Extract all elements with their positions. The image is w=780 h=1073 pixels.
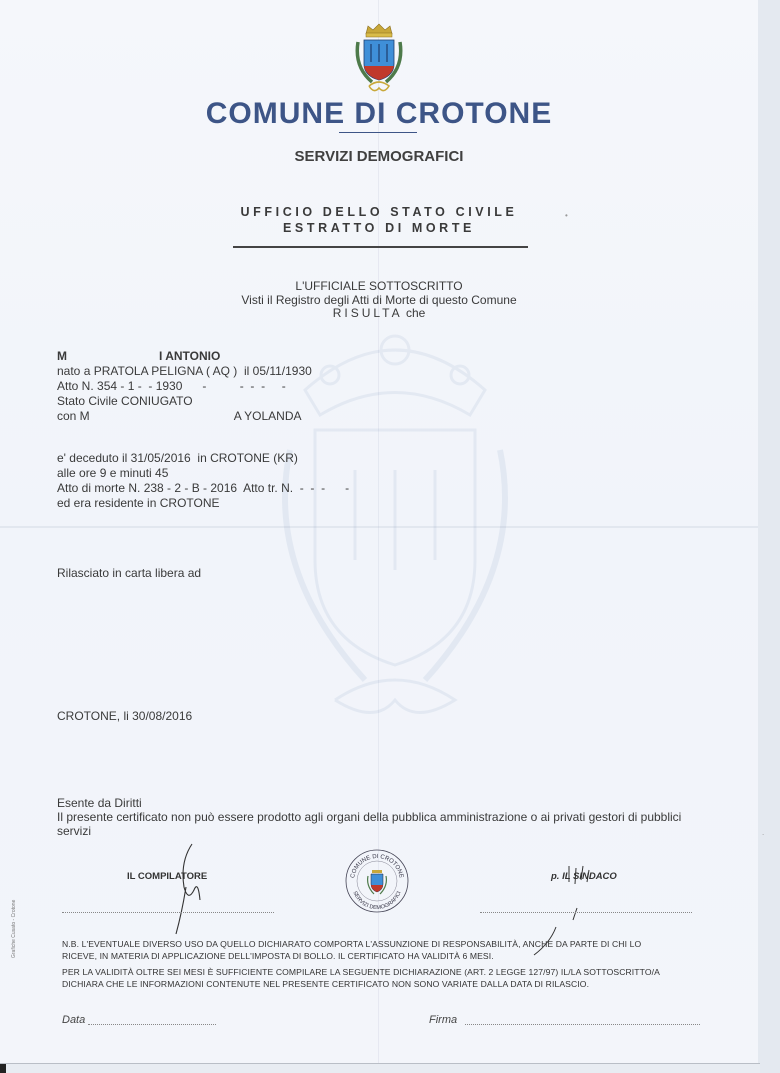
spouse-prefix: con M xyxy=(57,409,90,423)
title-underline xyxy=(339,132,417,133)
death-details: e' deceduto il 31/05/2016 in CROTONE (KR… xyxy=(57,451,349,511)
death-date-place: e' deceduto il 31/05/2016 in CROTONE (KR… xyxy=(57,451,349,466)
name-visible: I ANTONIO xyxy=(159,349,220,363)
date-label: Data xyxy=(62,1014,85,1026)
nb-signature-stroke-icon xyxy=(530,925,560,957)
register-line: Visti il Registro degli Atti di Morte di… xyxy=(0,294,758,308)
office-heading: UFFICIO DELLO STATO CIVILE ESTRATTO DI M… xyxy=(0,204,758,236)
result-suffix: che xyxy=(406,306,425,320)
scanner-edge xyxy=(758,0,780,1073)
exemption-text: Il presente certificato non può essere p… xyxy=(57,810,707,838)
issue-purpose: Rilasciato in carta libera ad xyxy=(57,566,201,581)
issue-place-date: CROTONE, li 30/08/2016 xyxy=(57,709,192,724)
official-stamp-icon: COMUNE DI CROTONE SERVIZI DEMOGRAFICI xyxy=(344,848,410,914)
intro-text: L'UFFICIALE SOTTOSCRITTO Visti il Regist… xyxy=(0,280,758,321)
mayor-signature-icon xyxy=(565,862,601,922)
date-field-line[interactable] xyxy=(88,1024,216,1025)
speck: . xyxy=(762,828,764,837)
exemption-notice: Esente da Diritti Il presente certificat… xyxy=(57,796,707,838)
office-name: UFFICIO DELLO STATO CIVILE xyxy=(0,204,758,220)
nb-line-1: N.B. L'EVENTUALE DIVERSO USO DA QUELLO D… xyxy=(62,938,712,950)
validity-line-2: DICHIARA CHE LE INFORMAZIONI CONTENUTE N… xyxy=(62,978,712,990)
residence: ed era residente in CROTONE xyxy=(57,496,349,511)
heading-divider xyxy=(233,246,528,248)
signature-label: Firma xyxy=(429,1014,457,1026)
coat-of-arms-icon xyxy=(354,22,404,98)
result-line: RISULTA che xyxy=(0,307,758,321)
department-subtitle: SERVIZI DEMOGRAFICI xyxy=(0,148,758,165)
name-initial: M xyxy=(57,349,67,363)
mayor-signature-line xyxy=(480,912,692,913)
birth-act: Atto N. 354 - 1 - - 1930 - - - - - xyxy=(57,379,312,394)
exemption-title: Esente da Diritti xyxy=(57,796,707,810)
nb-note: N.B. L'EVENTUALE DIVERSO USO DA QUELLO D… xyxy=(62,938,712,963)
birth-info: nato a PRATOLA PELIGNA ( AQ ) il 05/11/1… xyxy=(57,364,312,379)
compiler-signature-line xyxy=(62,912,274,913)
validity-line-1: PER LA VALIDITÀ OLTRE SEI MESI È SUFFICI… xyxy=(62,966,712,978)
spouse-info: con MA YOLANDA xyxy=(57,409,312,424)
result-word: RISULTA xyxy=(333,306,403,320)
officer-line: L'UFFICIALE SOTTOSCRITTO xyxy=(0,280,758,294)
svg-text:SERVIZI DEMOGRAFICI: SERVIZI DEMOGRAFICI xyxy=(351,890,402,911)
nb-line-2: RICEVE, IN MATERIA DI APPLICAZIONE DELL'… xyxy=(62,950,712,962)
person-details: MI ANTONIO nato a PRATOLA PELIGNA ( AQ )… xyxy=(57,349,312,424)
printer-credit: Grafiche Cusato - Crotone xyxy=(11,900,17,958)
document-type: ESTRATTO DI MORTE xyxy=(0,220,758,236)
signature-field-line[interactable] xyxy=(465,1024,700,1025)
death-time: alle ore 9 e minuti 45 xyxy=(57,466,349,481)
deceased-name: MI ANTONIO xyxy=(57,349,312,364)
civil-status: Stato Civile CONIUGATO xyxy=(57,394,312,409)
validity-note: PER LA VALIDITÀ OLTRE SEI MESI È SUFFICI… xyxy=(62,966,712,991)
page-bottom-edge xyxy=(0,1063,760,1073)
death-act: Atto di morte N. 238 - 2 - B - 2016 Atto… xyxy=(57,481,349,496)
spouse-visible: A YOLANDA xyxy=(234,409,302,423)
page-title: COMUNE DI CROTONE xyxy=(0,97,758,131)
compiler-signature-icon xyxy=(170,842,210,937)
speck: • xyxy=(565,211,568,220)
